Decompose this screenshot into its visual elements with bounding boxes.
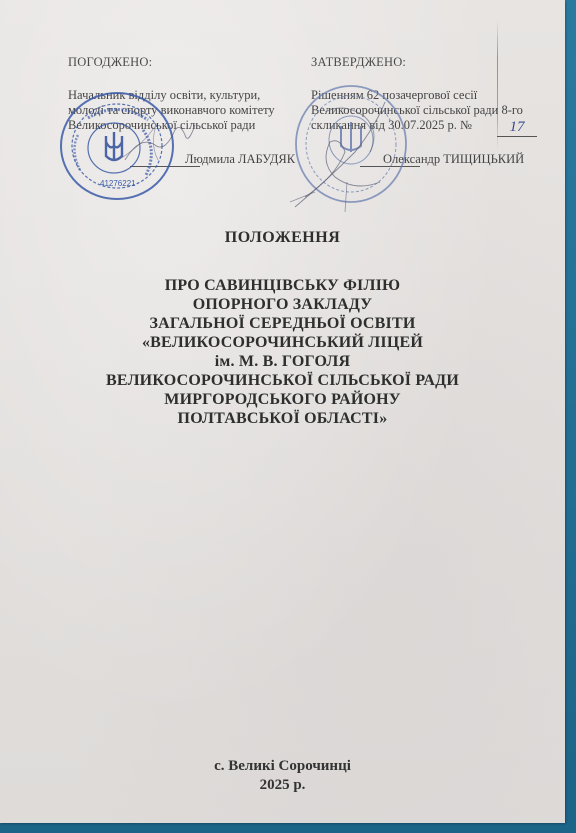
subtitle-line: МИРГОРОДСЬКОГО РАЙОНУ <box>0 390 565 409</box>
decision-number: 17 <box>497 120 537 137</box>
svg-text:41276221: 41276221 <box>100 179 136 188</box>
signatory-right: Олександр ТИЩИЦЬКИЙ <box>383 152 524 167</box>
subtitle-line: ВЕЛИКОСОРОЧИНСЬКОЇ СІЛЬСЬКОЇ РАДИ <box>0 371 565 390</box>
approval-right-line-3: скликання від 30.07.2025 р. № <box>311 116 472 134</box>
document-footer: с. Великі Сорочинці 2025 р. <box>0 757 565 795</box>
place: с. Великі Сорочинці <box>0 757 565 776</box>
approval-left-line-3: Великосорочинської сільської ради <box>68 116 255 134</box>
approval-left-heading: ПОГОДЖЕНО: <box>68 55 152 70</box>
subtitle-line: ПРО САВИНЦІВСЬКУ ФІЛІЮ <box>0 276 565 295</box>
subtitle-line: ім. М. В. ГОГОЛЯ <box>0 352 565 371</box>
document-title: ПОЛОЖЕННЯ <box>0 229 565 247</box>
document-subtitle: ПРО САВИНЦІВСЬКУ ФІЛІЮ ОПОРНОГО ЗАКЛАДУ … <box>0 276 565 428</box>
subtitle-line: «ВЕЛИКОСОРОЧИНСЬКИЙ ЛІЦЕЙ <box>0 333 565 352</box>
subtitle-line: ЗАГАЛЬНОЇ СЕРЕДНЬОЇ ОСВІТИ <box>0 314 565 333</box>
year: 2025 р. <box>0 776 565 795</box>
subtitle-line: ОПОРНОГО ЗАКЛАДУ <box>0 295 565 314</box>
subtitle-line: ПОЛТАВСЬКОЇ ОБЛАСТІ» <box>0 409 565 428</box>
approval-right-heading: ЗАТВЕРДЖЕНО: <box>311 55 406 70</box>
document-page: ПОГОДЖЕНО: Начальник відділу освіти, кул… <box>0 0 565 823</box>
signatory-left: Людмила ЛАБУДЯК <box>185 152 295 167</box>
